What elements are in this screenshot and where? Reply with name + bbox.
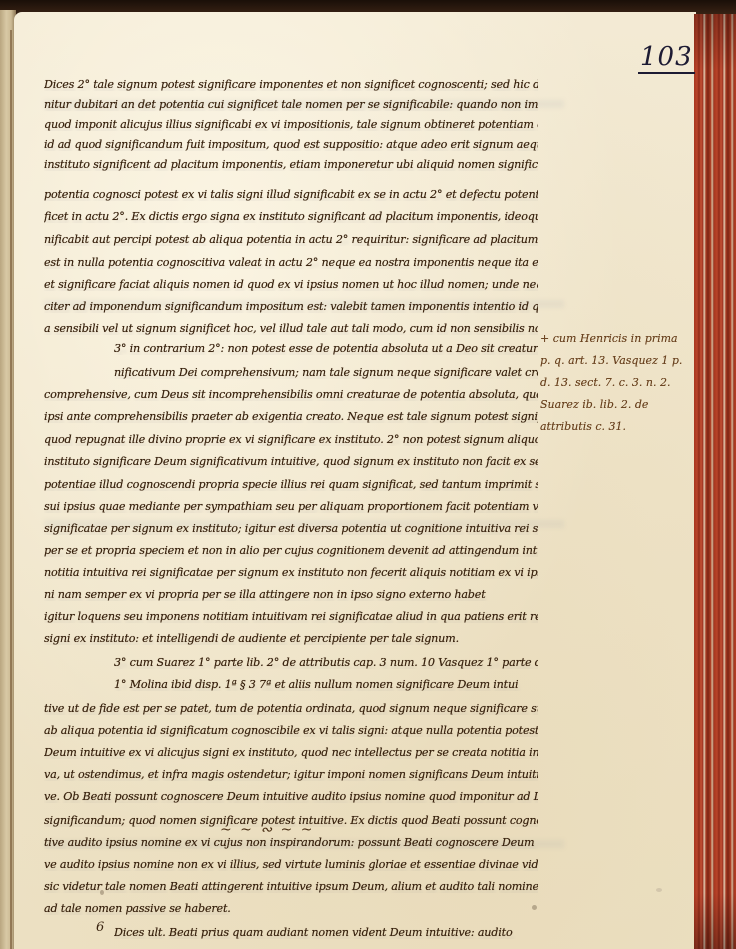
- text-line: 1° Molina ibid disp. 1ª § 3 7ª et aliis …: [114, 678, 538, 691]
- text-line: potentia cognosci potest ex vi talis sig…: [44, 188, 538, 201]
- text-line: Dices 2° tale signum potest significare …: [44, 78, 538, 91]
- folio-number: 103: [638, 44, 695, 74]
- margin-note-line: attributis c. 31.: [540, 420, 626, 433]
- text-line: comprehensive, cum Deus sit incomprehens…: [44, 388, 538, 401]
- text-line: ve audito ipsius nomine non ex vi illius…: [44, 858, 538, 871]
- text-line: significatae per signum ex instituto; ig…: [44, 522, 538, 535]
- text-line: igitur loquens seu imponens notitiam int…: [44, 610, 538, 623]
- text-line: ficet in actu 2°. Ex dictis ergo signa e…: [44, 210, 538, 223]
- text-line: 3° cum Suarez 1° parte lib. 2° de attrib…: [114, 656, 538, 669]
- manuscript-scan: 103 Dices 2° tale signum potest signific…: [0, 0, 736, 949]
- paper-stain: [656, 888, 662, 892]
- text-line: instituto significare Deum significativu…: [44, 455, 538, 468]
- text-line: ab aliqua potentia id significatum cogno…: [44, 724, 538, 737]
- paper-stain: [100, 890, 104, 895]
- text-line: nificativum Dei comprehensivum; nam tale…: [114, 366, 538, 379]
- text-line: sui ipsius quae mediante per sympathiam …: [44, 500, 538, 513]
- text-line: citer ad imponendum significandum imposi…: [44, 300, 538, 313]
- text-line: sic videtur tale nomen Beati attingerent…: [44, 880, 538, 893]
- text-line: nificabit aut percipi potest ab aliqua p…: [44, 233, 538, 246]
- text-line: quod imponit alicujus illius significabi…: [44, 118, 538, 131]
- margin-note-line: Suarez ib. lib. 2. de: [540, 398, 648, 411]
- text-line: 3° in contrarium 2°: non potest esse de …: [114, 342, 538, 355]
- text-line: a sensibili vel ut signum significet hoc…: [44, 322, 538, 335]
- text-line: notitia intuitiva rei significatae per s…: [44, 566, 538, 579]
- text-line-last: Dices ult. Beati prius quam audiant nome…: [114, 926, 538, 939]
- text-line: et significare faciat aliquis nomen id q…: [44, 278, 538, 291]
- text-line: id ad quod significandum fuit impositum,…: [44, 138, 538, 151]
- text-line: ipsi ante comprehensibilis praeter ab ex…: [44, 410, 538, 423]
- text-line: ni nam semper ex vi propria per se illa …: [44, 588, 538, 601]
- text-line: instituto significent ad placitum impone…: [44, 158, 538, 171]
- text-line: potentiae illud cognoscendi propria spec…: [44, 478, 538, 491]
- text-line: signi ex instituto: et intelligendi de a…: [44, 632, 538, 645]
- paper-stain: [532, 905, 537, 910]
- margin-note-line: p. q. art. 13. Vasquez 1 p.: [540, 354, 682, 367]
- text-line: nitur dubitari an det potentia cui signi…: [44, 98, 538, 111]
- text-line: va, ut ostendimus, et infra magis ostend…: [44, 768, 538, 781]
- text-line: quod repugnat ille divino proprie ex vi …: [44, 433, 538, 446]
- margin-note-line: + cum Henricis in prima: [540, 332, 678, 345]
- red-stained-page-edges: [694, 14, 736, 949]
- text-line: per se et propria speciem et non in alio…: [44, 544, 538, 557]
- margin-note-line: d. 13. sect. 7. c. 3. n. 2.: [540, 376, 670, 389]
- text-line: tive ut de fide est per se patet, tum de…: [44, 702, 538, 715]
- closing-flourish: ~ ~ ∾ ~ ~: [220, 822, 314, 838]
- gutter-fold-line: [10, 30, 12, 949]
- paragraph-marker: 6: [96, 920, 104, 935]
- text-line: ve. Ob Beati possunt cognoscere Deum int…: [44, 790, 538, 803]
- text-line: ad tale nomen passive se haberet.: [44, 902, 538, 915]
- text-line: est in nulla potentia cognoscitiva valea…: [44, 256, 538, 269]
- text-line: Deum intuitive ex vi alicujus signi ex i…: [44, 746, 538, 759]
